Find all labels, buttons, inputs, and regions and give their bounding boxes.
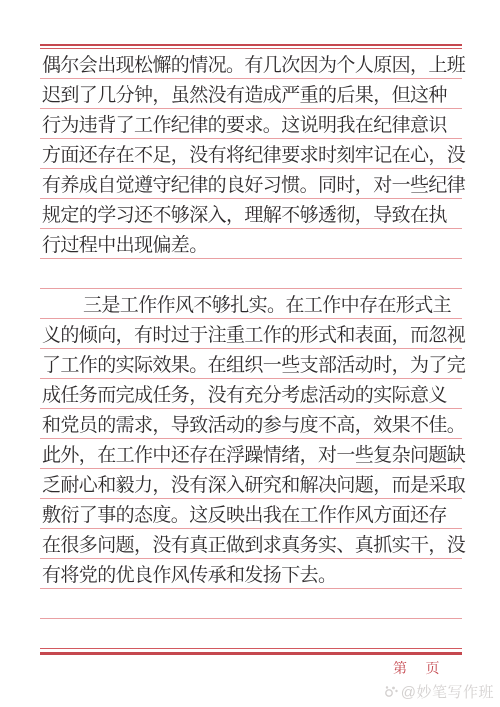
body-text-line: 有将党的优良作风传承和发扬下去。: [40, 564, 336, 588]
ruled-line-row: [40, 619, 462, 649]
ruled-line-row: 在很多问题，没有真正做到求真务实、真抓实干，没: [40, 529, 462, 559]
page-number-suffix: 页: [426, 658, 441, 678]
top-border-thick-line: [40, 44, 462, 46]
body-text-area: 偶尔会出现松懈的情况。有几次因为个人原因，上班迟到了几分钟，虽然没有造成严重的后…: [40, 49, 462, 649]
body-text-line: 三是工作作风不够扎实。在工作中存在形式主: [40, 294, 451, 318]
body-text-line: 有养成自觉遵守纪律的良好习惯。同时，对一些纪律: [40, 174, 465, 198]
body-text-line: 了工作的实际效果。在组织一些支部活动时，为了完: [40, 354, 465, 378]
page-number-prefix: 第: [393, 658, 408, 678]
watermark: @妙笔写作班: [384, 681, 494, 702]
ruled-line-row: 义的倾向，有时过于注重工作的形式和表面，而忽视: [40, 319, 462, 349]
ruled-line-row: 有将党的优良作风传承和发扬下去。: [40, 559, 462, 589]
ruled-line-row: 规定的学习还不够深入，理解不够透彻，导致在执: [40, 199, 462, 229]
ruled-line-row: 行过程中出现偏差。: [40, 229, 462, 259]
body-text-line: 方面还存在不足，没有将纪律要求时刻牢记在心，没: [40, 144, 465, 168]
body-text-line: 和党员的需求，导致活动的参与度不高，效果不佳。: [40, 414, 465, 438]
ruled-line-row: 成任务而完成任务，没有充分考虑活动的实际意义: [40, 379, 462, 409]
page-number-footer: 第 页: [393, 658, 440, 678]
bottom-border-thick-line: [40, 652, 462, 655]
ruled-line-row: [40, 589, 462, 619]
ruled-line-row: 行为违背了工作纪律的要求。这说明我在纪律意识: [40, 109, 462, 139]
body-text-line: 行过程中出现偏差。: [40, 234, 208, 258]
ruled-line-row: 敷衍了事的态度。这反映出我在工作作风方面还存: [40, 499, 462, 529]
ruled-line-row: 三是工作作风不够扎实。在工作中存在形式主: [40, 289, 462, 319]
body-text-line: 敷衍了事的态度。这反映出我在工作作风方面还存: [40, 504, 447, 528]
body-text-line: 成任务而完成任务，没有充分考虑活动的实际意义: [40, 384, 447, 408]
body-text-line: 在很多问题，没有真正做到求真务实、真抓实干，没: [40, 534, 465, 558]
ruled-line-row: 乏耐心和毅力，没有深入研究和解决问题，而是采取: [40, 469, 462, 499]
body-text-line: 义的倾向，有时过于注重工作的形式和表面，而忽视: [40, 324, 465, 348]
body-text-line: 规定的学习还不够深入，理解不够透彻，导致在执: [40, 204, 447, 228]
ruled-line-row: 此外，在工作中还存在浮躁情绪，对一些复杂问题缺: [40, 439, 462, 469]
body-text-line: 偶尔会出现松懈的情况。有几次因为个人原因，上班: [40, 54, 465, 78]
watermark-logo-icon: [384, 684, 399, 699]
body-text-line: 此外，在工作中还存在浮躁情绪，对一些复杂问题缺: [40, 444, 465, 468]
ruled-paper: 偶尔会出现松懈的情况。有几次因为个人原因，上班迟到了几分钟，虽然没有造成严重的后…: [40, 44, 462, 655]
watermark-text: @妙笔写作班: [401, 681, 494, 702]
ruled-line-row: 有养成自觉遵守纪律的良好习惯。同时，对一些纪律: [40, 169, 462, 199]
ruled-line-row: 偶尔会出现松懈的情况。有几次因为个人原因，上班: [40, 49, 462, 79]
body-text-line: 行为违背了工作纪律的要求。这说明我在纪律意识: [40, 114, 447, 138]
body-text-line: 迟到了几分钟，虽然没有造成严重的后果，但这种: [40, 84, 447, 108]
ruled-line-row: [40, 259, 462, 289]
ruled-line-row: 迟到了几分钟，虽然没有造成严重的后果，但这种: [40, 79, 462, 109]
ruled-line-row: 了工作的实际效果。在组织一些支部活动时，为了完: [40, 349, 462, 379]
ruled-line-row: 方面还存在不足，没有将纪律要求时刻牢记在心，没: [40, 139, 462, 169]
ruled-line-row: 和党员的需求，导致活动的参与度不高，效果不佳。: [40, 409, 462, 439]
body-text-line: 乏耐心和毅力，没有深入研究和解决问题，而是采取: [40, 474, 465, 498]
